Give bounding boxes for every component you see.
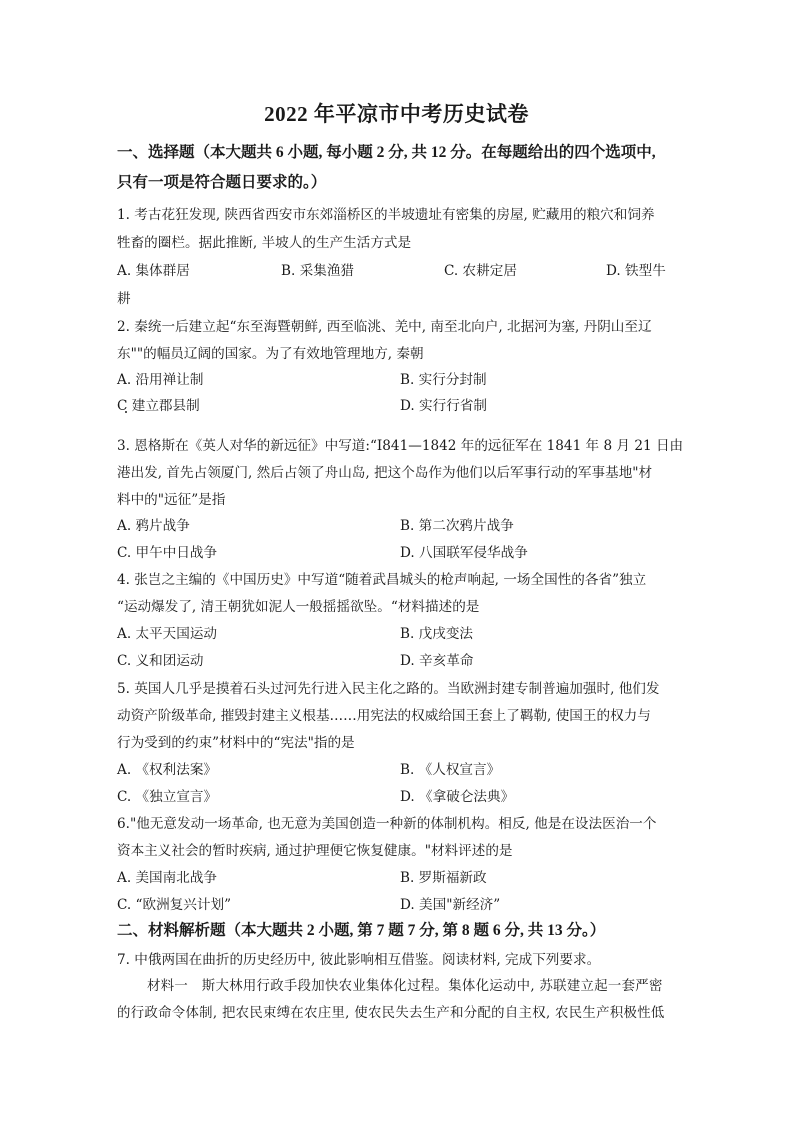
question-2-option-b: B. 实行分封制	[400, 368, 487, 388]
question-5-option-c: C. 《独立宣言》	[117, 785, 217, 805]
question-3-option-c: C. 甲午中日战争	[117, 541, 217, 561]
question-5-text: 动资产阶级革命, 摧毁封建主义根基……用宪法的权威给国王套上了羁勒, 使国王的权…	[117, 704, 651, 724]
section1-heading-cont: 只有一项是符合题日要求的。）	[117, 170, 326, 192]
section1-heading: 一、选择题（本大题共 6 小题, 每小题 2 分, 共 12 分。在每题给出的四…	[117, 140, 656, 162]
question-1-text: 牲畜的圈栏。据此推断, 半坡人的生产生活方式是	[117, 231, 411, 251]
question-4-option-a: A. 太平天国运动	[117, 622, 217, 642]
question-6-option-b: B. 罗斯福新政	[400, 866, 487, 886]
question-6-text: 资本主义社会的暂时疾病, 通过护理便它恢复健康。"材料评述的是	[117, 839, 513, 859]
question-1-option-d-wrap: 耕	[117, 287, 131, 307]
question-5-option-a: A. 《权利法案》	[117, 758, 217, 778]
question-2-text: 2. 秦统一后建立起“东至海暨朝鲜, 西至临洮、羌中, 南至北向户, 北据河为塞…	[117, 315, 652, 335]
question-3-option-b: B. 第二次鸦片战争	[400, 514, 514, 534]
question-1-option-b: B. 采集渔猎	[281, 259, 354, 279]
question-6-option-d: D. 美国"新经济”	[400, 893, 500, 913]
question-7-material-1-cont: 的行政命令体制, 把农民束缚在农庄里, 使农民失去生产和分配的自主权, 农民生产…	[117, 1002, 665, 1021]
question-6-option-a: A. 美国南北战争	[117, 866, 217, 886]
question-3-option-d: D. 八国联军侵华战争	[400, 541, 528, 561]
question-6-text: 6."他无意发动一场革命, 也无意为美国创造一种新的体制机构。相反, 他是在设法…	[117, 812, 656, 832]
section2-heading: 二、材料解析题（本大题共 2 小题, 第 7 题 7 分, 第 8 题 6 分,…	[117, 918, 605, 940]
question-4-option-c: C. 义和团运动	[117, 649, 204, 669]
question-5-text: 5. 英国人几乎是摸着石头过河先行进入民主化之路的。当欧洲封建专制普遍加强时, …	[117, 677, 660, 697]
question-2-text: 东""的幅员辽阔的国家。为了有效地管理地方, 秦朝	[117, 342, 424, 362]
question-4-option-b: B. 戊戌变法	[400, 622, 473, 642]
question-1-text: 1. 考古花狂发现, 陕西省西安市东郊淄桥区的半坡遗址有密集的房屋, 贮藏用的粮…	[117, 203, 655, 223]
question-2-option-d: D. 实行行省制	[400, 394, 487, 414]
question-6-option-c: C. “欧洲复兴计划”	[117, 893, 231, 913]
page-title: 2022 年平凉市中考历史试卷	[0, 98, 793, 128]
question-4-text: “运动爆发了, 清王朝犹如泥人一般摇摇欲坠。“材料描述的是	[117, 595, 479, 615]
question-3-text: 港出发, 首先占领厦门, 然后占领了舟山岛, 把这个岛作为他们以后军事行动的军事…	[117, 461, 652, 481]
question-3-text: 3. 恩格斯在《英人对华的新远征》中写道:“I841—1842 年的远征军在 1…	[117, 434, 683, 454]
question-3-text: 料中的"远征”是指	[117, 488, 225, 508]
question-7-material-1: 材料一 斯大林用行政手段加快农业集体化过程。集体化运动中, 苏联建立起一套严密	[147, 975, 663, 994]
question-2-option-a: A. 沿用禅让制	[117, 368, 203, 388]
question-5-text: 行为受到的约束”材料中的“宪法"指的是	[117, 731, 355, 751]
question-3-option-a: A. 鸦片战争	[117, 514, 190, 534]
question-5-option-d: D. 《拿破仑法典》	[400, 785, 514, 805]
exam-page: 2022 年平凉市中考历史试卷 一、选择题（本大题共 6 小题, 每小题 2 分…	[0, 0, 793, 1122]
question-5-option-b: B. 《人权宣言》	[400, 758, 500, 778]
question-4-option-d: D. 辛亥革命	[400, 649, 473, 669]
question-7-intro: 7. 中俄两国在曲折的历史经历中, 彼此影响相互借鉴。阅读材料, 完成下列要求。	[117, 948, 600, 968]
question-4-text: 4. 张岂之主编的《中国历史》中写道“随着武昌城头的枪声响起, 一场全国性的各省…	[117, 568, 646, 588]
question-1-option-d: D. 铁型牛	[606, 259, 666, 279]
question-2-option-c: C 建立郡县制	[117, 394, 200, 414]
question-1-option-a: A. 集体群居	[117, 259, 190, 279]
question-1-option-c: C. 农耕定居	[444, 259, 517, 279]
stray-mark	[125, 411, 127, 413]
